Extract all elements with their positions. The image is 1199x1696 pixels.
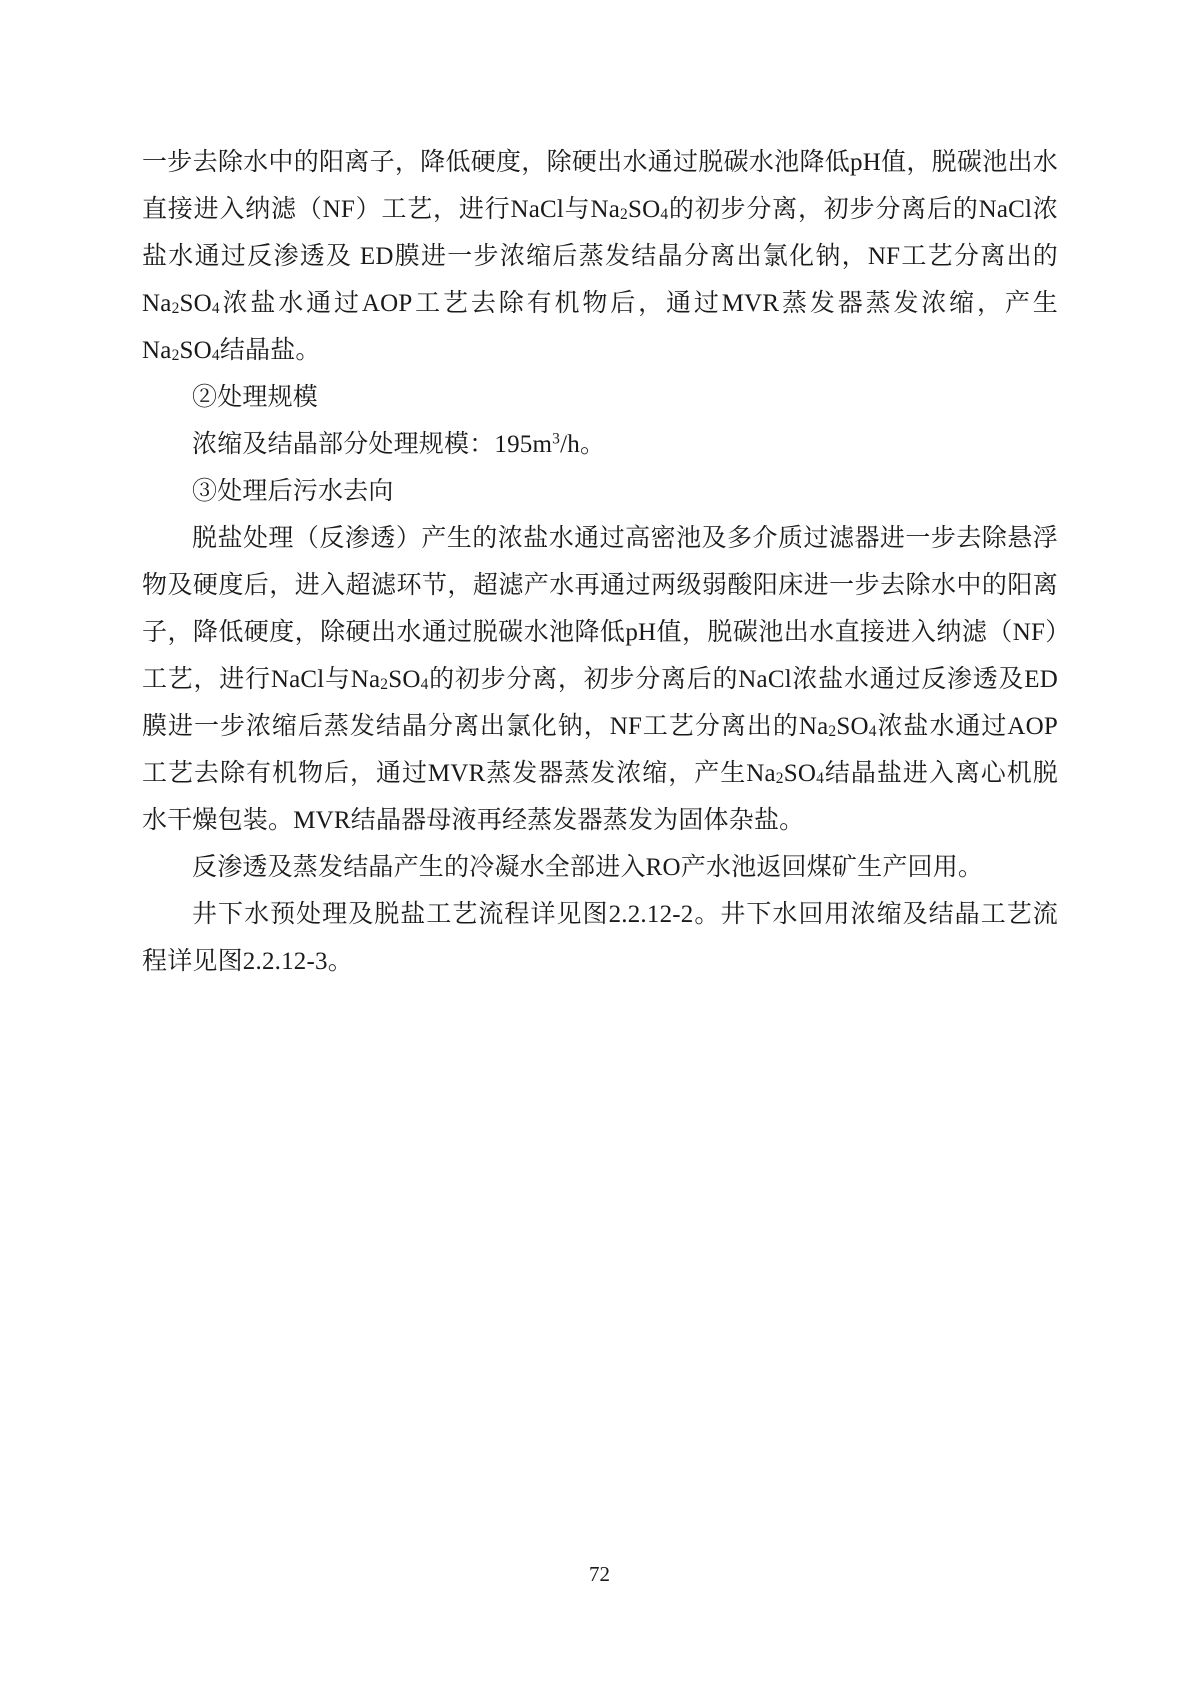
- paragraph: ③处理后污水去向: [142, 468, 1058, 515]
- subscript: 4: [421, 676, 429, 693]
- paragraph: ②处理规模: [142, 374, 1058, 421]
- subscript: 2: [172, 347, 180, 364]
- page-number: 72: [589, 1562, 610, 1586]
- paragraph: 脱盐处理（反渗透）产生的浓盐水通过高密池及多介质过滤器进一步去除悬浮物及硬度后，…: [142, 515, 1058, 844]
- document-page: 一步去除水中的阳离子，降低硬度，除硬出水通过脱碳水池降低pH值，脱碳池出水直接进…: [0, 0, 1199, 1696]
- subscript: 2: [172, 300, 180, 317]
- text-run: SO: [628, 196, 660, 223]
- subscript: 2: [620, 206, 628, 223]
- paragraph: 浓缩及结晶部分处理规模：195m3/h。: [142, 421, 1058, 468]
- page-footer: 72: [0, 1562, 1199, 1586]
- text-run: 浓缩及结晶部分处理规模：195m: [192, 431, 552, 458]
- subscript: 4: [212, 300, 220, 317]
- text-run: 井下水预处理及脱盐工艺流程详见图2.2.12-2。井下水回用浓缩及结晶工艺流程详…: [142, 901, 1058, 975]
- text-run: SO: [180, 290, 212, 317]
- text-run: SO: [784, 760, 816, 787]
- text-run: SO: [836, 713, 868, 740]
- subscript: 4: [816, 770, 824, 787]
- text-run: 反渗透及蒸发结晶产生的冷凝水全部进入RO产水池返回煤矿生产回用。: [192, 854, 983, 881]
- text-run: SO: [388, 666, 420, 693]
- text-run: ②处理规模: [192, 384, 318, 411]
- text-run: SO: [180, 337, 212, 364]
- subscript: 4: [212, 347, 220, 364]
- subscript: 4: [869, 723, 877, 740]
- document-paragraphs: 一步去除水中的阳离子，降低硬度，除硬出水通过脱碳水池降低pH值，脱碳池出水直接进…: [142, 139, 1058, 985]
- paragraph: 反渗透及蒸发结晶产生的冷凝水全部进入RO产水池返回煤矿生产回用。: [142, 844, 1058, 891]
- paragraph: 一步去除水中的阳离子，降低硬度，除硬出水通过脱碳水池降低pH值，脱碳池出水直接进…: [142, 139, 1058, 374]
- text-run: ③处理后污水去向: [192, 478, 394, 505]
- paragraph: 井下水预处理及脱盐工艺流程详见图2.2.12-2。井下水回用浓缩及结晶工艺流程详…: [142, 891, 1058, 985]
- text-run: 结晶盐。: [220, 337, 321, 364]
- text-run: /h。: [560, 431, 605, 458]
- subscript: 2: [776, 770, 784, 787]
- superscript: 3: [552, 430, 560, 447]
